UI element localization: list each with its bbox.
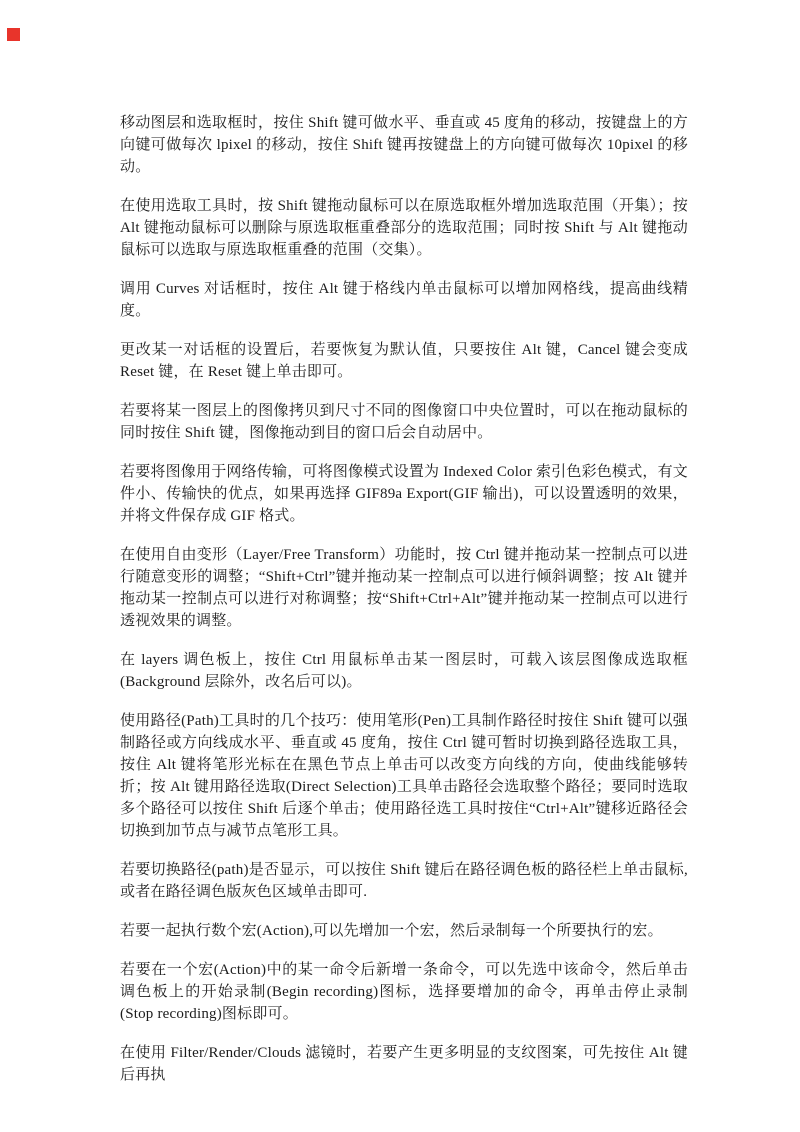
paragraph-tip-move-layers: 移动图层和选取框时，按住 Shift 键可做水平、垂直或 45 度角的移动，按键… xyxy=(120,112,688,178)
document-text-block: 移动图层和选取框时，按住 Shift 键可做水平、垂直或 45 度角的移动，按键… xyxy=(120,112,688,1086)
paragraph-tip-layers-palette: 在 layers 调色板上，按住 Ctrl 用鼠标单击某一图层时，可载入该层图像… xyxy=(120,649,688,693)
red-square-marker xyxy=(7,28,20,41)
document-page: 移动图层和选取框时，按住 Shift 键可做水平、垂直或 45 度角的移动，按键… xyxy=(0,0,800,1132)
paragraph-tip-clouds-filter: 在使用 Filter/Render/Clouds 滤镜时，若要产生更多明显的支纹… xyxy=(120,1042,688,1086)
paragraph-tip-curves-dialog: 调用 Curves 对话框时，按住 Alt 键于格线内单击鼠标可以增加网格线，提… xyxy=(120,278,688,322)
paragraph-tip-free-transform: 在使用自由变形（Layer/Free Transform）功能时，按 Ctrl … xyxy=(120,544,688,632)
paragraph-tip-actions-batch: 若要一起执行数个宏(Action),可以先增加一个宏，然后录制每一个所要执行的宏… xyxy=(120,920,688,942)
paragraph-tip-selection-tools: 在使用选取工具时，按 Shift 键拖动鼠标可以在原选取框外增加选取范围（开集）… xyxy=(120,195,688,261)
paragraph-tip-reset-dialog: 更改某一对话框的设置后，若要恢复为默认值，只要按住 Alt 键，Cancel 键… xyxy=(120,339,688,383)
paragraph-tip-path-tool: 使用路径(Path)工具时的几个技巧：使用笔形(Pen)工具制作路径时按住 Sh… xyxy=(120,710,688,842)
paragraph-tip-indexed-color: 若要将图像用于网络传输，可将图像模式设置为 Indexed Color 索引色彩… xyxy=(120,461,688,527)
paragraph-tip-copy-center: 若要将某一图层上的图像拷贝到尺寸不同的图像窗口中央位置时，可以在拖动鼠标的同时按… xyxy=(120,400,688,444)
paragraph-tip-action-insert: 若要在一个宏(Action)中的某一命令后新增一条命令，可以先选中该命令，然后单… xyxy=(120,959,688,1025)
paragraph-tip-path-visibility: 若要切换路径(path)是否显示，可以按住 Shift 键后在路径调色板的路径栏… xyxy=(120,859,688,903)
